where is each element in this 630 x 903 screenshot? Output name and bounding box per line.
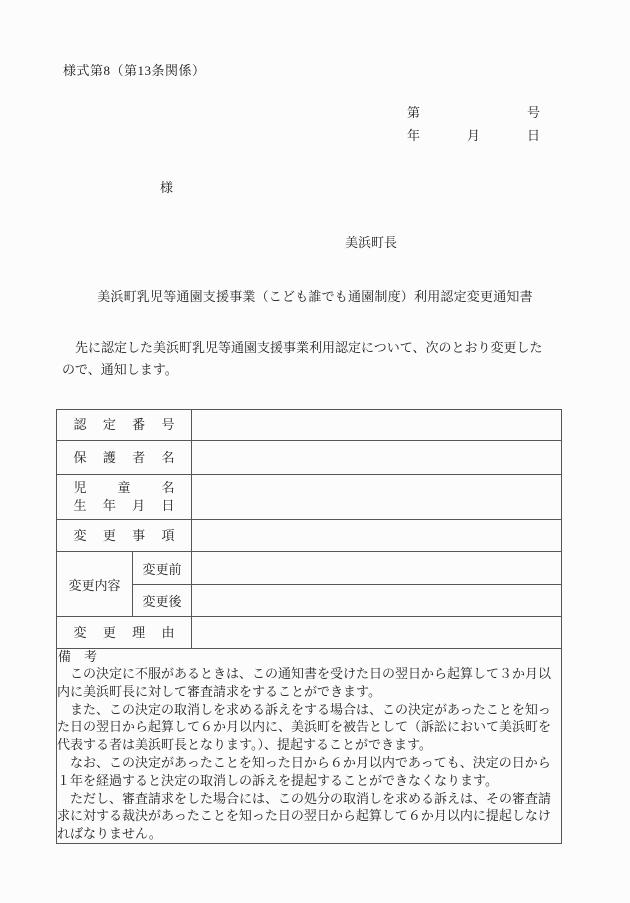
table-row: 変更理由 [57,617,562,649]
change-reason-label-text: 変更理由 [74,624,175,642]
certification-number-label: 認定番号 [57,410,192,441]
document-title: 美浜町乳児等通園支援事業（こども誰でも通園制度）利用認定変更通知書 [0,286,630,305]
change-item-label-text: 変更事項 [74,527,175,545]
doc-number-suffix: 号 [527,102,540,125]
change-content-label: 変更内容 [57,552,133,617]
guardian-name-label-text: 保護者名 [74,449,175,467]
certification-number-label-text: 認定番号 [74,416,175,434]
change-after-label: 変更後 [133,585,192,617]
child-name-birthdate-label: 児童名 生年月日 [57,475,192,520]
recipient-honorific: 様 [160,177,173,196]
table-row: 変更後 [57,585,562,617]
month-label: 月 [467,125,480,148]
table-row: 児童名 生年月日 [57,475,562,520]
year-label: 年 [407,125,420,148]
table-row: 保護者名 [57,441,562,475]
certification-number-value[interactable] [192,410,562,441]
child-name-label-text: 児童名 [74,479,175,497]
application-table: 認定番号 保護者名 児童名 生年月日 変更事項 [56,409,562,844]
table-row: 変更内容 変更前 [57,552,562,585]
remarks-cell: 備 考 この決定に不服があるときは、この通知書を受けた日の翌日から起算して３か月… [57,649,562,844]
change-after-value[interactable] [192,585,562,617]
issuer-name: 美浜町長 [345,232,397,251]
intro-paragraph: 先に認定した美浜町乳児等通園支援事業利用認定について、次のとおり変更したので、通… [62,337,554,380]
remarks-row: 備 考 この決定に不服があるときは、この通知書を受けた日の翌日から起算して３か月… [57,649,562,844]
change-reason-value[interactable] [192,617,562,649]
day-label: 日 [527,125,540,148]
form-number-label: 様式第8（第13条関係） [63,61,206,80]
date-line: 年 月 日 [407,125,540,148]
change-before-label: 変更前 [133,552,192,585]
change-before-value[interactable] [192,552,562,585]
child-name-birthdate-value[interactable] [192,475,562,520]
change-reason-label: 変更理由 [57,617,192,649]
remark-paragraph: また、この決定の取消しを求める訴えをする場合は、この決定があったことを知った日の… [57,701,561,754]
guardian-name-label: 保護者名 [57,441,192,475]
remark-paragraph: ただし、審査請求をした場合には、この処分の取消しを求める訴えは、その審査請求に対… [57,790,561,843]
table-row: 変更事項 [57,520,562,552]
doc-number-prefix: 第 [407,102,420,125]
remark-paragraph: この決定に不服があるときは、この通知書を受けた日の翌日から起算して３か月以内に美… [57,665,561,701]
document-number-line: 第 号 [407,102,540,125]
birth-date-label-text: 生年月日 [74,497,175,515]
change-item-value[interactable] [192,520,562,552]
remark-paragraph: なお、この決定があったことを知った日から６か月以内であっても、決定の日から１年を… [57,754,561,790]
document-number-block: 第 号 年 月 日 [407,102,540,147]
table-row: 認定番号 [57,410,562,441]
change-item-label: 変更事項 [57,520,192,552]
guardian-name-value[interactable] [192,441,562,475]
document-page: 様式第8（第13条関係） 第 号 年 月 日 様 美浜町長 美浜町乳児等通園支援… [0,0,630,903]
remarks-label: 備 考 [58,649,561,665]
